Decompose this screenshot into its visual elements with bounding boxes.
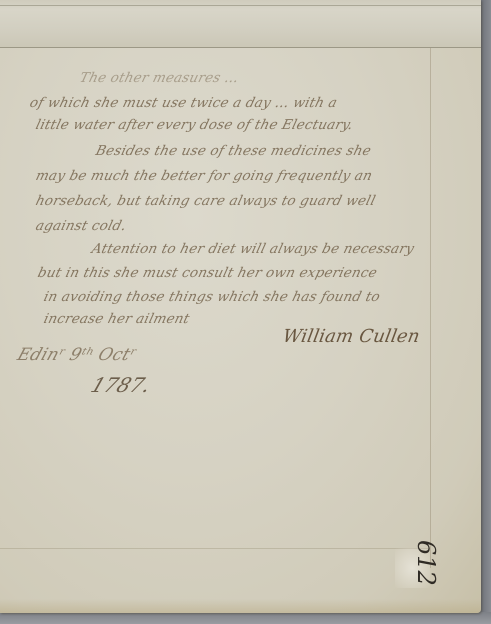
page-bottom-edge — [0, 599, 481, 613]
manuscript-page: The other measures ... of which she must… — [0, 0, 481, 613]
text-line-11: increase her ailment — [42, 311, 191, 327]
fold-line — [0, 47, 481, 48]
text-line-5: may be much the better for going frequen… — [34, 168, 374, 184]
signature: William Cullen — [281, 326, 421, 347]
inner-sheet-edge — [0, 548, 430, 549]
fold-line — [0, 5, 481, 6]
folio-number: 612 — [412, 540, 440, 586]
text-line-9: but in this she must consult her own exp… — [36, 265, 379, 281]
text-line-4: Besides the use of these medicines she — [94, 143, 373, 159]
scanner-backdrop-bottom — [0, 612, 491, 624]
text-line-1: The other measures ... — [78, 70, 240, 86]
text-line-8: Attention to her diet will always be nec… — [90, 241, 416, 257]
date-line: Edinʳ 9ᵗʰ Octʳ — [15, 345, 139, 365]
text-line-3: little water after every dose of the Ele… — [34, 117, 355, 133]
text-line-6: horseback, but taking care always to gua… — [34, 193, 377, 209]
top-fold-strip — [0, 0, 481, 48]
text-line-10: in avoiding those things which she has f… — [42, 289, 382, 305]
manuscript-scan: The other measures ... of which she must… — [0, 0, 491, 624]
scanner-backdrop-right — [481, 0, 491, 624]
text-line-2: of which she must use twice a day ... wi… — [28, 95, 339, 111]
text-line-7: against cold. — [34, 218, 128, 234]
right-margin-edge — [430, 48, 431, 568]
date-year: 1787. — [88, 373, 155, 397]
